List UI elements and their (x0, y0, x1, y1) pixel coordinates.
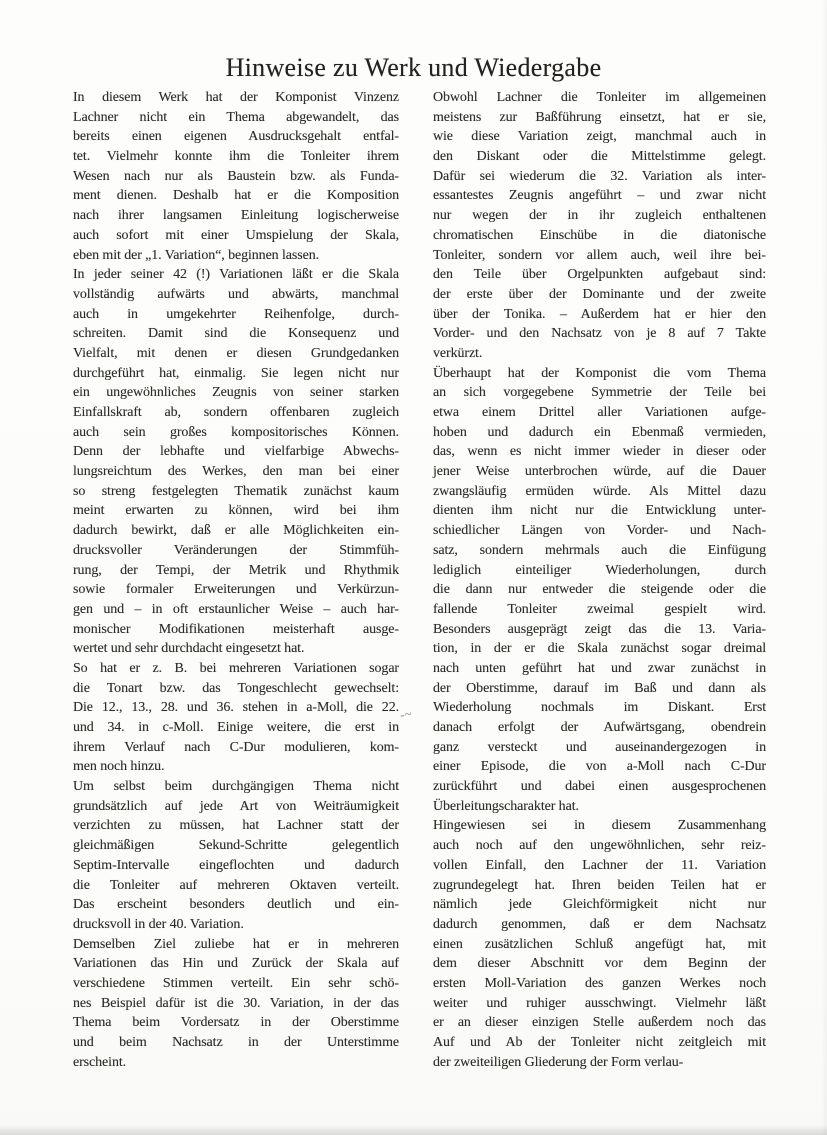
text-line: auch noch auf den ungewöhnlichen, sehr r… (433, 836, 766, 856)
text-line: sowie formaler Erweiterungen und Verkürz… (73, 580, 399, 600)
text-line: tion, in der er die Skala zunächst sogar… (433, 639, 766, 659)
text-line: meint erwarten zu können, wird bei ihm (73, 501, 399, 521)
text-line: ersten Moll-Variation des ganzen Werkes … (433, 974, 766, 994)
text-line: ganz versteckt und auseinandergezogen in (433, 738, 766, 758)
text-line: gen und – in oft erstaunlicher Weise – a… (73, 600, 399, 620)
text-column-left: In diesem Werk hat der Komponist Vinzenz… (73, 88, 399, 1072)
text-line: den Diskant oder die Mittelstimme gelegt… (433, 147, 766, 167)
text-line: Lachner nicht ein Thema abgewandelt, das (73, 108, 399, 128)
text-line: Überhaupt hat der Komponist die vom Them… (433, 364, 766, 384)
text-line: schiedlicher Längen von Vorder- und Nach… (433, 521, 766, 541)
text-line: etwa einem Drittel aller Variationen auf… (433, 403, 766, 423)
scan-shadow-bottom (0, 1125, 827, 1135)
text-line: über der Tonika. – Außerdem hat er hier … (433, 305, 766, 325)
text-line: In diesem Werk hat der Komponist Vinzenz (73, 88, 399, 108)
scan-shade-right (821, 0, 827, 1135)
text-line: die dann nur entweder die steigende oder… (433, 580, 766, 600)
text-line: erscheint. (73, 1053, 399, 1073)
text-line: der zweiteiligen Gliederung der Form ver… (433, 1053, 766, 1073)
text-line: Einfallskraft ab, sondern offenbaren zug… (73, 403, 399, 423)
text-line: Obwohl Lachner die Tonleiter im allgemei… (433, 88, 766, 108)
text-line: Thema beim Vordersatz in der Oberstimme (73, 1013, 399, 1033)
text-line: Vielfalt, mit denen er diesen Grundgedan… (73, 344, 399, 364)
text-line: Denn der lebhafte und vielfarbige Abwech… (73, 442, 399, 462)
text-line: satz, sondern mehrmals auch die Einfügun… (433, 541, 766, 561)
text-line: dem dieser Abschnitt vor dem Beginn der (433, 954, 766, 974)
text-line: Die 12., 13., 28. und 36. stehen in a-Mo… (73, 698, 399, 718)
text-line: Hingewiesen sei in diesem Zusammenhang (433, 816, 766, 836)
text-line: monischer Modifikationen meisterhaft aus… (73, 620, 399, 640)
text-line: grundsätzlich auf jede Art von Weiträumi… (73, 797, 399, 817)
text-line: meistens zur Baßführung einsetzt, hat er… (433, 108, 766, 128)
text-line: Besonders ausgeprägt zeigt das die 13. V… (433, 620, 766, 640)
text-line: der erste über der Dominante und der zwe… (433, 285, 766, 305)
text-line: eben mit der „1. Variation“, beginnen la… (73, 246, 399, 266)
text-line: einen zusätzlichen Schluß angefügt hat, … (433, 935, 766, 955)
text-line: und 34. in c-Moll. Einige weitere, die e… (73, 718, 399, 738)
text-line: auch in umgekehrter Reihenfolge, durch- (73, 305, 399, 325)
text-line: dienten ihm nicht nur die Entwicklung un… (433, 501, 766, 521)
text-line: lediglich einteiliger Wiederholungen, du… (433, 561, 766, 581)
text-line: Demselben Ziel zuliebe hat er in mehrere… (73, 935, 399, 955)
text-line: Das erscheint besonders deutlich und ein… (73, 895, 399, 915)
text-line: Wesen nach nur als Baustein bzw. als Fun… (73, 167, 399, 187)
text-line: Tonleiter, sondern vor allem auch, weil … (433, 246, 766, 266)
text-line: Überleitungscharakter hat. (433, 797, 766, 817)
text-line: chromatischen Einschübe in die diatonisc… (433, 226, 766, 246)
text-line: schreiten. Damit sind die Konsequenz und (73, 324, 399, 344)
text-line: drucksvoller Veränderungen der Stimmfüh- (73, 541, 399, 561)
text-line: gleichmäßigen Sekund-Schritte gelegentli… (73, 836, 399, 856)
text-line: verschiedene Stimmen verteilt. Ein sehr … (73, 974, 399, 994)
text-line: essantestes Zeugnis angeführt – und zwar… (433, 186, 766, 206)
text-line: an sich vorgegebene Symmetrie der Teile … (433, 383, 766, 403)
text-line: In jeder seiner 42 (!) Variationen läßt … (73, 265, 399, 285)
text-line: so streng festgelegten Thematik zunächst… (73, 482, 399, 502)
text-line: Dafür sei wiederum die 32. Variation als… (433, 167, 766, 187)
pencil-margin-mark: ‐~ (399, 705, 422, 721)
text-line: Variationen das Hin und Zurück der Skala… (73, 954, 399, 974)
text-line: jener Weise unterbrochen würde, auf die … (433, 462, 766, 482)
text-line: dadurch genommen, daß er dem Nachsatz (433, 915, 766, 935)
text-line: tet. Vielmehr konnte ihm die Tonleiter i… (73, 147, 399, 167)
text-line: den Teile über Orgelpunkten aufgebaut si… (433, 265, 766, 285)
text-line: drucksvoll in der 40. Variation. (73, 915, 399, 935)
text-line: dadurch bewirkt, daß er alle Möglichkeit… (73, 521, 399, 541)
text-line: ein ungewöhnliches Zeugnis von seiner st… (73, 383, 399, 403)
text-column-right: Obwohl Lachner die Tonleiter im allgemei… (433, 88, 766, 1072)
text-line: vollständig aufwärts und abwärts, manchm… (73, 285, 399, 305)
text-line: Septim-Intervalle eingeflochten und dadu… (73, 856, 399, 876)
text-line: Wiederholung nochmals im Diskant. Erst (433, 698, 766, 718)
text-line: verkürzt. (433, 344, 766, 364)
text-line: zurückführt und dabei einen ausgesproche… (433, 777, 766, 797)
text-line: das, wenn es nicht immer wieder in diese… (433, 442, 766, 462)
text-line: der Oberstimme, darauf im Baß und dann a… (433, 679, 766, 699)
scanned-document-page: Hinweise zu Werk und Wiedergabe In diese… (0, 0, 827, 1135)
text-line: auch sein großes kompositorisches Können… (73, 423, 399, 443)
text-line: weiter und ruhiger ausschwingt. Vielmehr… (433, 994, 766, 1014)
text-line: nes Beispiel dafür ist die 30. Variation… (73, 994, 399, 1014)
text-line: nämlich jede Gleichförmigkeit nicht nur (433, 895, 766, 915)
text-line: nach unten geführt hat und zwar zunächst… (433, 659, 766, 679)
text-line: hoben und dadurch ein Ebenmaß vermieden, (433, 423, 766, 443)
text-line: zwangsläufig ermüden würde. Als Mittel d… (433, 482, 766, 502)
text-line: wie diese Variation zeigt, manchmal auch… (433, 127, 766, 147)
text-line: nach ihrer langsamen Einleitung logische… (73, 206, 399, 226)
text-line: danach erfolgt der Aufwärtsgang, obendre… (433, 718, 766, 738)
text-line: So hat er z. B. bei mehreren Variationen… (73, 659, 399, 679)
text-line: verzichten zu müssen, hat Lachner statt … (73, 816, 399, 836)
text-line: durchgeführt hat, einmalig. Sie legen ni… (73, 364, 399, 384)
text-line: nur wegen der in ihr zugleich enthaltene… (433, 206, 766, 226)
text-line: einer Episode, die von a-Moll nach C-Dur (433, 757, 766, 777)
text-line: lungsreichtum des Werkes, den man bei ei… (73, 462, 399, 482)
text-line: und beim Nachsatz in der Unterstimme (73, 1033, 399, 1053)
text-line: fallende Tonleiter zweimal gespielt wird… (433, 600, 766, 620)
text-line: er an dieser einzigen Stelle außerdem no… (433, 1013, 766, 1033)
text-line: ihrem Verlauf nach C-Dur modulieren, kom… (73, 738, 399, 758)
text-line: die Tonleiter auf mehreren Oktaven verte… (73, 876, 399, 896)
text-line: Um selbst beim durchgängigen Thema nicht (73, 777, 399, 797)
text-line: men noch hinzu. (73, 757, 399, 777)
text-line: Auf und Ab der Tonleiter nicht zeitgleic… (433, 1033, 766, 1053)
text-line: die Tonart bzw. das Tongeschlecht gewech… (73, 679, 399, 699)
text-line: zugrundegelegt hat. Ihren beiden Teilen … (433, 876, 766, 896)
text-line: rung, der Tempi, der Metrik und Rhythmik (73, 561, 399, 581)
text-line: ment dienen. Deshalb hat er die Komposit… (73, 186, 399, 206)
text-line: auch sofort mit einer Umspielung der Ska… (73, 226, 399, 246)
text-line: vollen Einfall, den Lachner der 11. Vari… (433, 856, 766, 876)
text-line: bereits einen eigenen Ausdrucksgehalt en… (73, 127, 399, 147)
text-line: wertet und sehr durchdacht eingesetzt ha… (73, 639, 399, 659)
page-title: Hinweise zu Werk und Wiedergabe (0, 53, 827, 83)
text-line: Vorder- und den Nachsatz von je 8 auf 7 … (433, 324, 766, 344)
